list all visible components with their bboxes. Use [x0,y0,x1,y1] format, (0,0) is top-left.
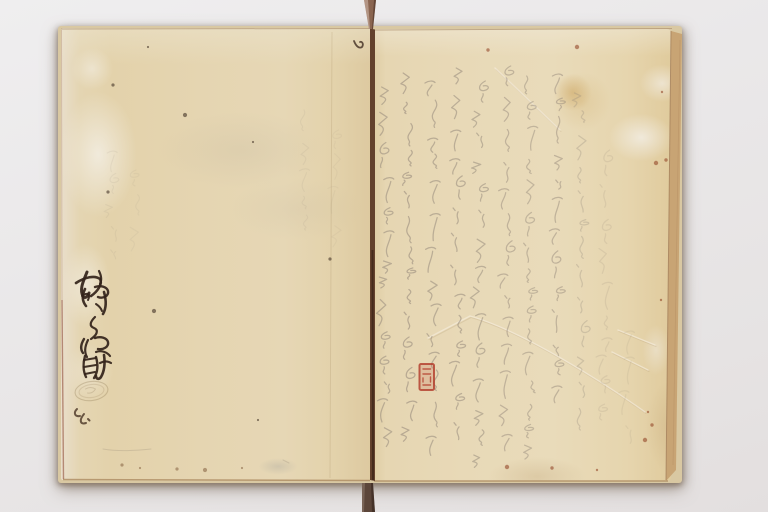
right-page [374,29,671,481]
bookmark-ribbon-top [364,0,376,29]
binding-ribbon-bottom [362,483,375,512]
photo-backdrop [0,0,768,512]
left-page [61,28,371,480]
